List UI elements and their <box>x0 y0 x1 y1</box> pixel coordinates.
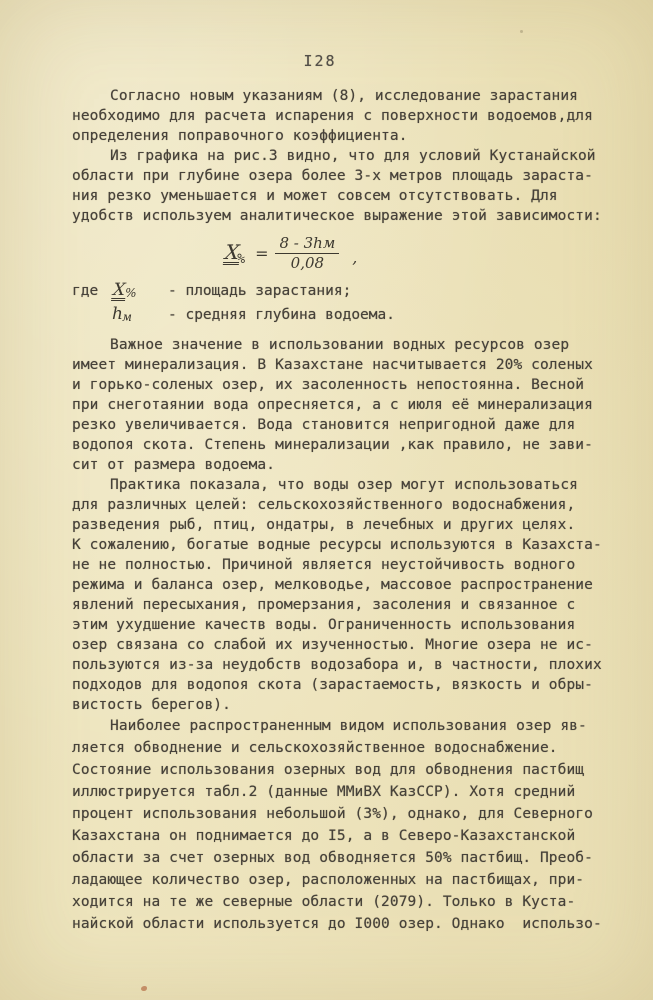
formula-trailing-comma: , <box>352 248 357 275</box>
formula-denominator: 0,08 <box>291 254 324 272</box>
paragraph-regulations: Согласно новым указаниям (8), исследован… <box>72 86 620 146</box>
definition-row-area: где Х% - площадь зарастания; <box>72 279 620 303</box>
page-number: I28 <box>0 52 640 70</box>
definition-text-depth: - средняя глубина водоема. <box>168 304 395 327</box>
formula-equals-sign: = <box>255 244 268 263</box>
term-h-suffix: м <box>122 310 132 324</box>
definition-term-x: Х% <box>112 279 168 303</box>
paragraph-irrigation: Наиболее распространенным видом использо… <box>72 715 620 935</box>
definition-row-depth: hм - средняя глубина водоема. <box>72 303 620 327</box>
formula-numerator: 8 - 3hм <box>275 235 339 254</box>
paragraph-graph-fig3: Из графика на рис.3 видно, что для услов… <box>72 146 620 226</box>
paper-speck-red <box>141 986 147 991</box>
formula-lhs: Х% <box>224 242 248 265</box>
text-column: Согласно новым указаниям (8), исследован… <box>72 86 620 935</box>
definition-text-area: - площадь зарастания; <box>168 280 351 303</box>
scanned-document-page: I28 Согласно новым указаниям (8), исслед… <box>0 0 653 1000</box>
paragraph-mineralization: Важное значение в использовании водных р… <box>72 335 620 475</box>
formula-percent-sign: % <box>237 252 245 267</box>
formula-definitions: где Х% - площадь зарастания; hм - средня… <box>72 279 620 327</box>
where-label: где <box>72 280 112 303</box>
handwritten-formula: Х% = 8 - 3hм 0,08 , <box>224 231 620 275</box>
formula-fraction: 8 - 3hм 0,08 <box>275 235 339 272</box>
paper-speck-grey <box>520 30 523 33</box>
term-x-suffix: % <box>125 286 136 300</box>
definition-term-h: hм <box>112 303 168 327</box>
paragraph-practice-uses: Практика показала, что воды озер могут и… <box>72 475 620 715</box>
